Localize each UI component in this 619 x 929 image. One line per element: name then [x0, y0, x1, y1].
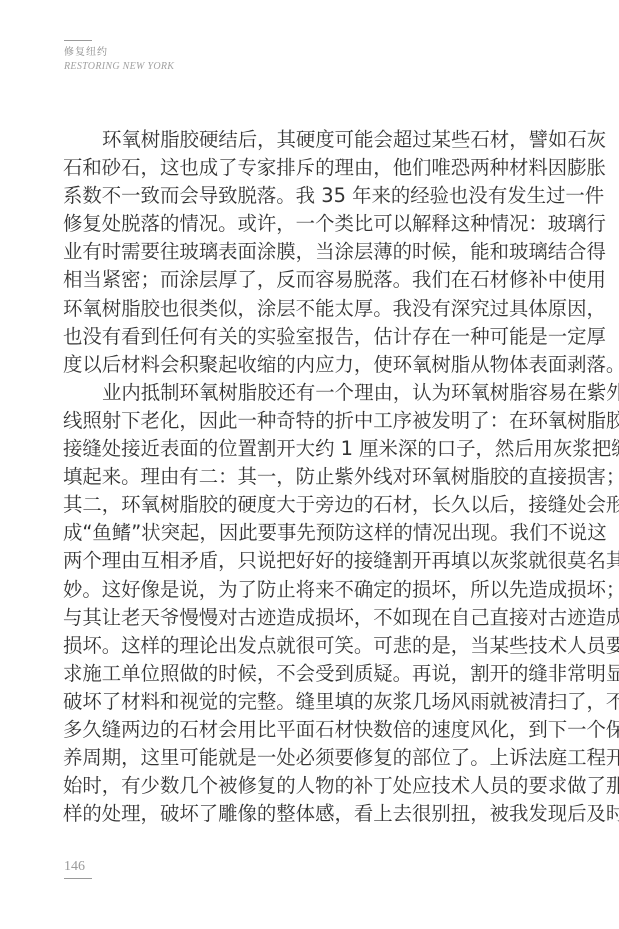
paragraph-2-line: 接缝处接近表面的位置割开大约 1 厘米深的口子，然后用灰浆把缝: [63, 435, 559, 463]
page-number: 146: [64, 859, 92, 875]
paragraph-1-line: 业有时需要往玻璃表面涂膜，当涂层薄的时候，能和玻璃结合得: [63, 238, 559, 266]
paragraph-2-line: 两个理由互相矛盾，只说把好好的接缝割开再填以灰浆就很莫名其: [63, 547, 559, 575]
paragraph-2-line: 始时，有少数几个被修复的人物的补丁处应技术人员的要求做了那: [63, 772, 559, 800]
paragraph-2-line: 业内抵制环氧树脂胶还有一个理由，认为环氧树脂容易在紫外: [63, 379, 559, 407]
paragraph-2-line: 求施工单位照做的时候，不会受到质疑。再说，割开的缝非常明显，: [63, 660, 559, 688]
paragraph-2-line: 养周期，这里可能就是一处必须要修复的部位了。上诉法庭工程开: [63, 744, 559, 772]
running-header: 修复纽约 RESTORING NEW YORK: [64, 40, 174, 73]
paragraph-2-line: 妙。这好像是说，为了防止将来不确定的损坏，所以先造成损坏；: [63, 576, 559, 604]
book-title-en: RESTORING NEW YORK: [64, 60, 174, 73]
paragraph-2-line: 与其让老天爷慢慢对古迹造成损坏，不如现在自己直接对古迹造成: [63, 604, 559, 632]
paragraph-1-line: 环氧树脂胶也很类似，涂层不能太厚。我没有深究过具体原因，: [63, 295, 559, 323]
footer-rule: [64, 878, 92, 879]
paragraph-1-line: 系数不一致而会导致脱落。我 35 年来的经验也没有发生过一件: [63, 182, 559, 210]
paragraph-1-line: 也没有看到任何有关的实验室报告，估计存在一种可能是一定厚: [63, 323, 559, 351]
page-footer: 146: [64, 859, 92, 879]
paragraph-2-line: 损坏。这样的理论出发点就很可笑。可悲的是，当某些技术人员要: [63, 632, 559, 660]
body-text: 环氧树脂胶硬结后，其硬度可能会超过某些石材，譬如石灰 石和砂石，这也成了专家排斥…: [63, 126, 559, 828]
paragraph-1-line: 石和砂石，这也成了专家排斥的理由，他们唯恐两种材料因膨胀: [63, 154, 559, 182]
paragraph-2-line: 线照射下老化，因此一种奇特的折中工序被发明了：在环氧树脂胶: [63, 407, 559, 435]
paragraph-2-line: 填起来。理由有二：其一，防止紫外线对环氧树脂胶的直接损害；: [63, 463, 559, 491]
paragraph-2-line: 成“鱼鳍”状突起，因此要事先预防这样的情况出现。我们不说这: [63, 519, 559, 547]
header-rule: [64, 40, 92, 41]
paragraph-2-line: 多久缝两边的石材会用比平面石材快数倍的速度风化，到下一个保: [63, 716, 559, 744]
paragraph-2-line: 破坏了材料和视觉的完整。缝里填的灰浆几场风雨就被清扫了，不: [63, 688, 559, 716]
paragraph-1-line: 相当紧密；而涂层厚了，反而容易脱落。我们在石材修补中使用: [63, 266, 559, 294]
paragraph-1-line: 环氧树脂胶硬结后，其硬度可能会超过某些石材，譬如石灰: [63, 126, 559, 154]
paragraph-2-line: 样的处理，破坏了雕像的整体感，看上去很别扭，被我发现后及时: [63, 800, 559, 828]
book-title-cn: 修复纽约: [64, 46, 174, 60]
paragraph-1-line: 修复处脱落的情况。或许，一个类比可以解释这种情况：玻璃行: [63, 210, 559, 238]
paragraph-2-line: 其二，环氧树脂胶的硬度大于旁边的石材，长久以后，接缝处会形: [63, 491, 559, 519]
paragraph-1-line: 度以后材料会积聚起收缩的内应力，使环氧树脂从物体表面剥落。: [63, 351, 559, 379]
